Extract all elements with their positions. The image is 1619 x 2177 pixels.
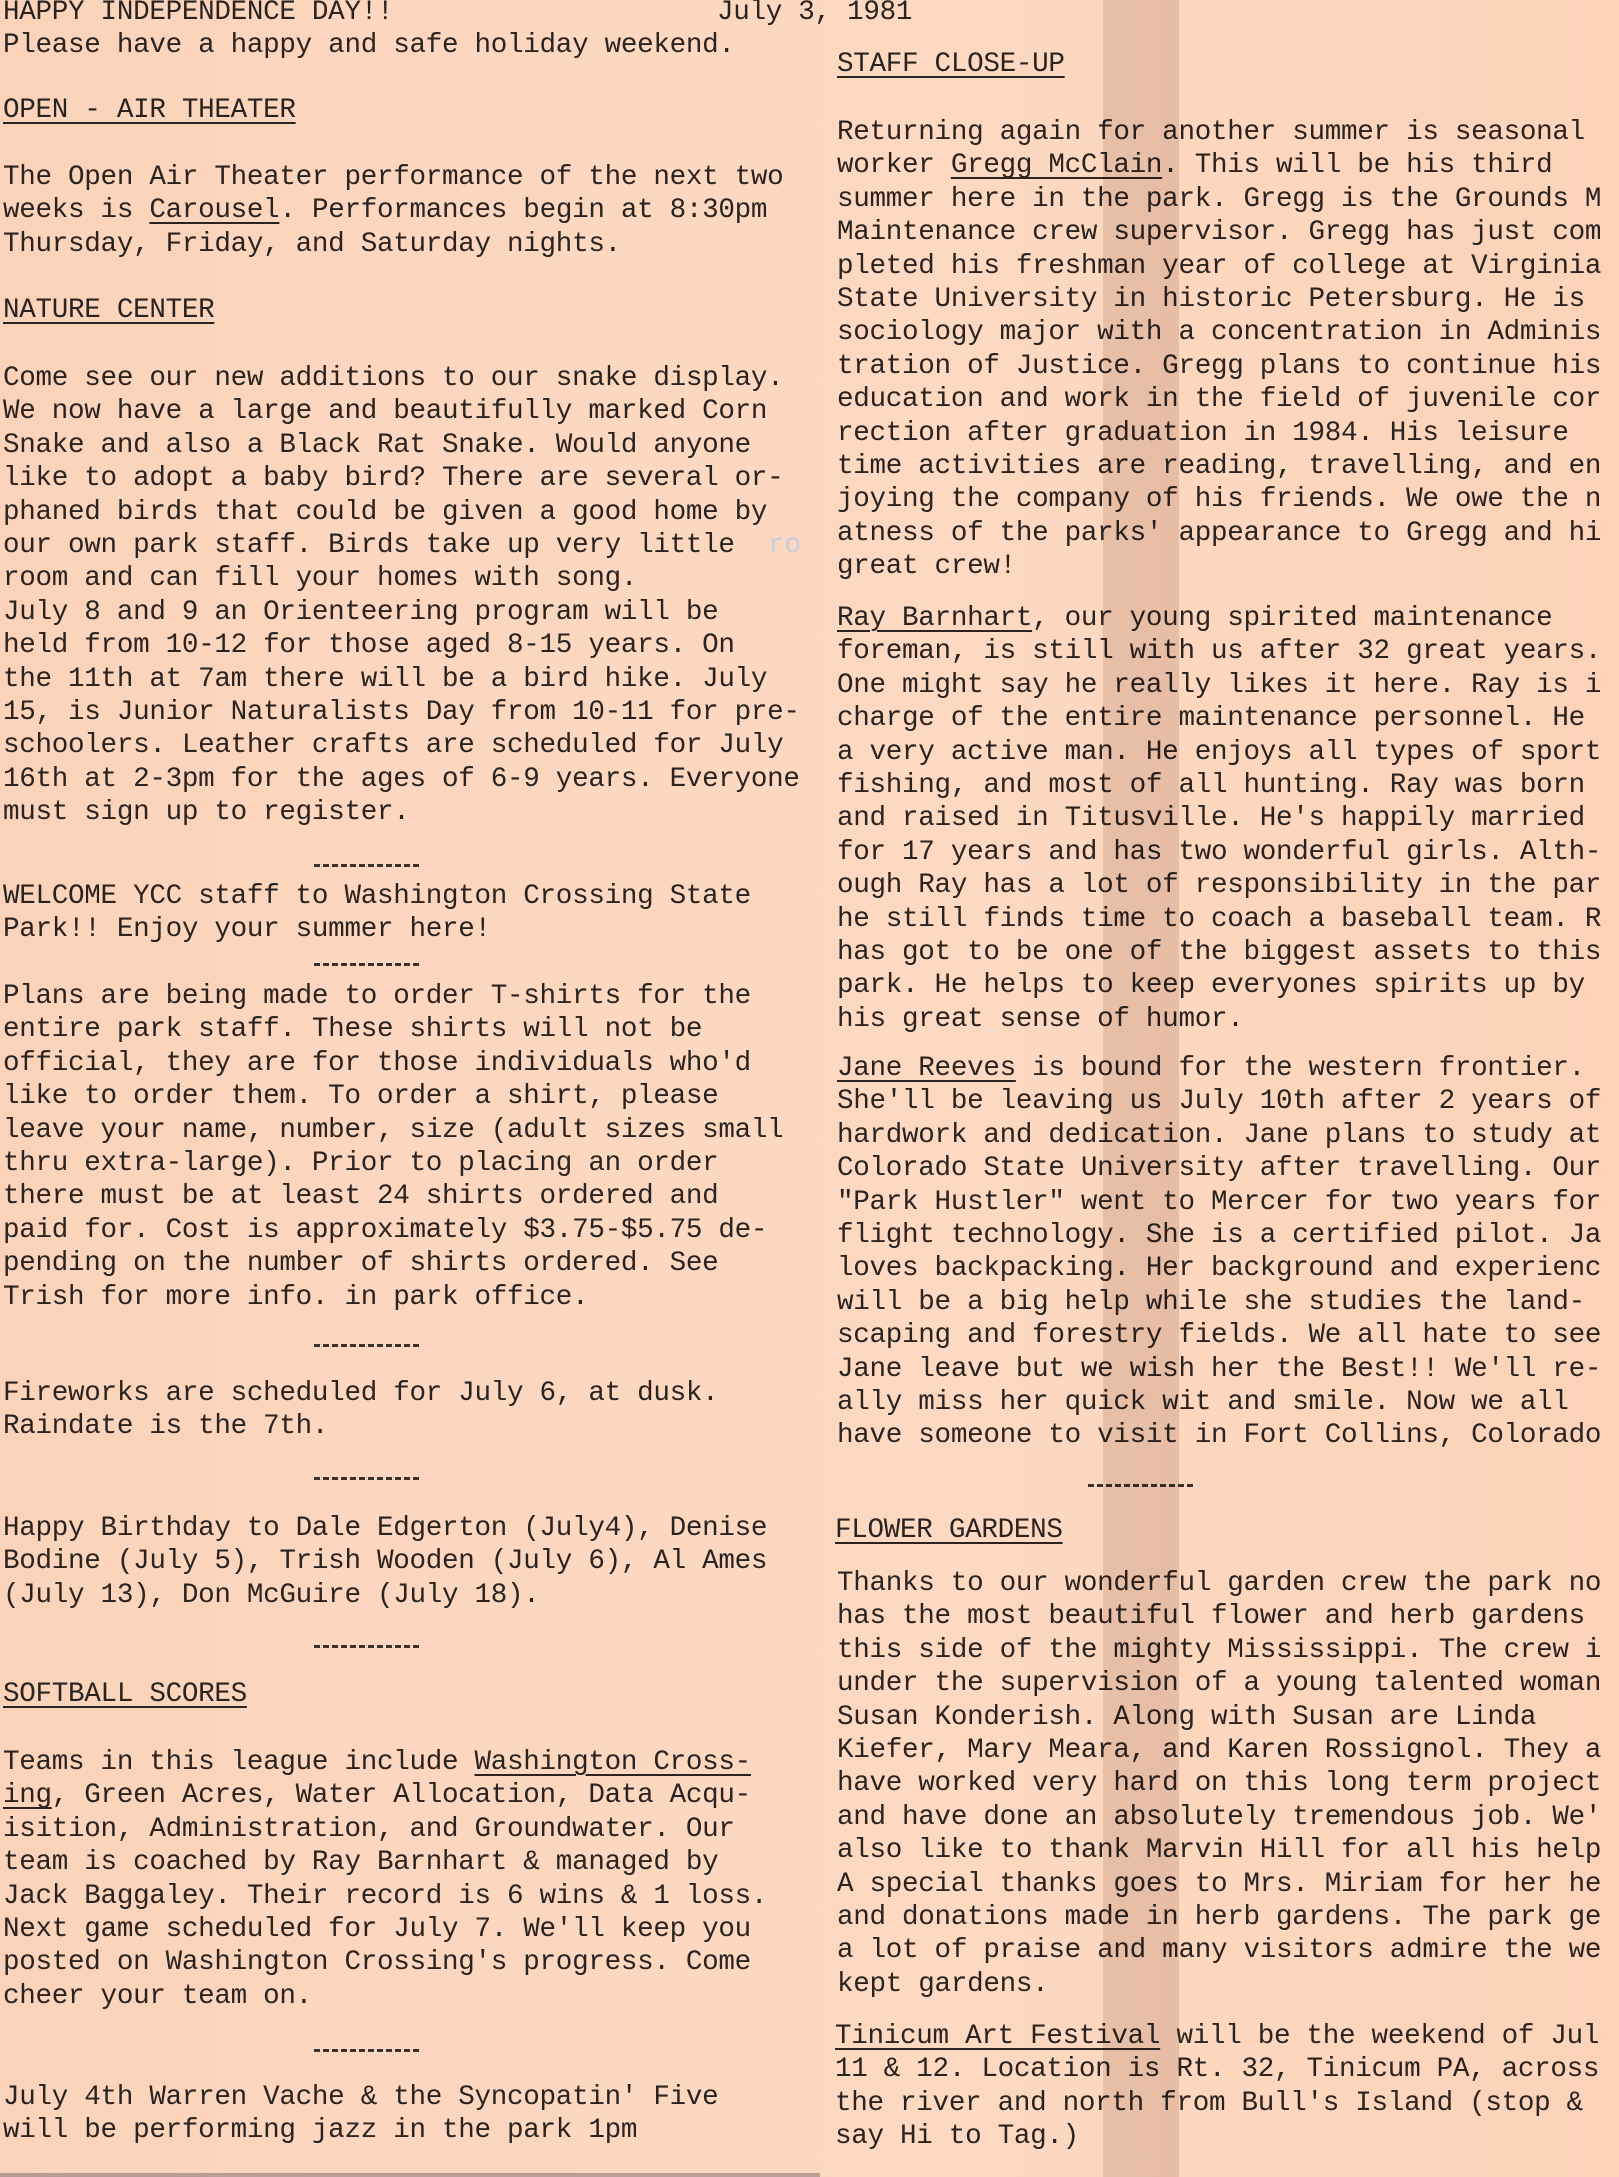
text-line: great crew!	[837, 550, 1601, 583]
text-line: will be performing jazz in the park 1pm	[3, 2114, 718, 2147]
staff-gregg-body: Returning again for another summer is se…	[837, 116, 1601, 583]
text-line: scaping and forestry fields. We all hate…	[837, 1319, 1601, 1352]
text-line: rection after graduation in 1984. His le…	[837, 417, 1601, 450]
section-divider	[314, 963, 419, 966]
text-line: A special thanks goes to Mrs. Miriam for…	[837, 1868, 1601, 1901]
text-line: pending on the number of shirts ordered.…	[3, 1247, 783, 1280]
text-line: official, they are for those individuals…	[3, 1047, 783, 1080]
text-line: there must be at least 24 shirts ordered…	[3, 1180, 783, 1213]
text-line: joying the company of his friends. We ow…	[837, 483, 1601, 516]
text-line: pleted his freshman year of college at V…	[837, 250, 1601, 283]
text-line: the river and north from Bull's Island (…	[835, 2087, 1599, 2120]
text-line: hardwork and dedication. Jane plans to s…	[837, 1119, 1601, 1152]
text-line: The Open Air Theater performance of the …	[3, 161, 783, 194]
section-divider	[314, 864, 419, 867]
text-line: (July 13), Don McGuire (July 18).	[3, 1579, 767, 1612]
text-line: have someone to visit in Fort Collins, C…	[837, 1419, 1601, 1452]
text-line: July 4th Warren Vache & the Syncopatin' …	[3, 2081, 718, 2114]
text-line: Tinicum Art Festival will be the weekend…	[835, 2020, 1599, 2053]
flower-gardens-body: Thanks to our wonderful garden crew the …	[837, 1567, 1601, 2001]
text-line: entire park staff. These shirts will not…	[3, 1013, 783, 1046]
text-line: charge of the entire maintenance personn…	[837, 702, 1601, 735]
newsletter-subtitle: Please have a happy and safe holiday wee…	[3, 29, 735, 62]
section-divider	[314, 1477, 419, 1480]
text-line: Susan Konderish. Along with Susan are Li…	[837, 1701, 1601, 1734]
text-line: Trish for more info. in park office.	[3, 1281, 783, 1314]
section-heading-softball: SOFTBALL SCORES	[3, 1678, 247, 1711]
underlined-term: Washington Cross-	[475, 1747, 751, 1778]
text-line: and raised in Titusville. He's happily m…	[837, 802, 1601, 835]
text-line: thru extra-large). Prior to placing an o…	[3, 1147, 783, 1180]
text-line: the 11th at 7am there will be a bird hik…	[3, 663, 800, 696]
text-line: Jane Reeves is bound for the western fro…	[837, 1052, 1601, 1085]
text-line: say Hi to Tag.)	[835, 2120, 1599, 2153]
text-line: Kiefer, Mary Meara, and Karen Rossignol.…	[837, 1734, 1601, 1767]
welcome-body: WELCOME YCC staff to Washington Crossing…	[3, 880, 751, 947]
birthdays-body: Happy Birthday to Dale Edgerton (July4),…	[3, 1512, 767, 1612]
section-heading-open-air-theater: OPEN - AIR THEATER	[3, 94, 296, 127]
text-line: Park!! Enjoy your summer here!	[3, 913, 751, 946]
staff-ray-body: Ray Barnhart, our young spirited mainten…	[837, 602, 1601, 1036]
text-line: weeks is Carousel. Performances begin at…	[3, 194, 783, 227]
text-line: room and can fill your homes with song.	[3, 562, 800, 595]
text-line: worker Gregg McClain. This will be his t…	[837, 149, 1601, 182]
text-line: ally miss her quick wit and smile. Now w…	[837, 1386, 1601, 1419]
text-line: schoolers. Leather crafts are scheduled …	[3, 729, 800, 762]
fireworks-body: Fireworks are scheduled for July 6, at d…	[3, 1377, 718, 1444]
text-line: foreman, is still with us after 32 great…	[837, 635, 1601, 668]
text-line: 16th at 2-3pm for the ages of 6-9 years.…	[3, 763, 800, 796]
text-line: Snake and also a Black Rat Snake. Would …	[3, 429, 800, 462]
newsletter-date: July 3, 1981	[717, 0, 912, 29]
text-line: Teams in this league include Washington …	[3, 1746, 767, 1779]
text-line: cheer your team on.	[3, 1980, 767, 2013]
text-line: posted on Washington Crossing's progress…	[3, 1946, 767, 1979]
text-line: tration of Justice. Gregg plans to conti…	[837, 350, 1601, 383]
text-line: ough Ray has a lot of responsibility in …	[837, 869, 1601, 902]
text-line: fishing, and most of all hunting. Ray wa…	[837, 769, 1601, 802]
text-line: like to order them. To order a shirt, pl…	[3, 1080, 783, 1113]
text-line: 15, is Junior Naturalists Day from 10-11…	[3, 696, 800, 729]
jazz-body: July 4th Warren Vache & the Syncopatin' …	[3, 2081, 718, 2148]
text-line: also like to thank Marvin Hill for all h…	[837, 1834, 1601, 1867]
text-line: have worked very hard on this long term …	[837, 1767, 1601, 1800]
text-line: park. He helps to keep everyones spirits…	[837, 969, 1601, 1002]
text-line: Ray Barnhart, our young spirited mainten…	[837, 602, 1601, 635]
text-line: Next game scheduled for July 7. We'll ke…	[3, 1913, 767, 1946]
text-line: Returning again for another summer is se…	[837, 116, 1601, 149]
text-line: "Park Hustler" went to Mercer for two ye…	[837, 1186, 1601, 1219]
text-line: this side of the mighty Mississippi. The…	[837, 1634, 1601, 1667]
text-line: Bodine (July 5), Trish Wooden (July 6), …	[3, 1545, 767, 1578]
text-line: atness of the parks' appearance to Gregg…	[837, 517, 1601, 550]
text-line: State University in historic Petersburg.…	[837, 283, 1601, 316]
text-line: a lot of praise and many visitors admire…	[837, 1934, 1601, 1967]
text-line: loves backpacking. Her background and ex…	[837, 1252, 1601, 1285]
underlined-term: Jane Reeves	[837, 1053, 1016, 1084]
newsletter-title: HAPPY INDEPENDENCE DAY!!	[3, 0, 393, 29]
text-line: and have done an absolutely tremendous j…	[837, 1801, 1601, 1834]
text-line: 11 & 12. Location is Rt. 32, Tinicum PA,…	[835, 2053, 1599, 2086]
text-line: a very active man. He enjoys all types o…	[837, 736, 1601, 769]
softball-body: Teams in this league include Washington …	[3, 1746, 767, 2013]
underlined-term: Ray Barnhart	[837, 603, 1032, 634]
text-line: his great sense of humor.	[837, 1003, 1601, 1036]
text-line: for 17 years and has two wonderful girls…	[837, 836, 1601, 869]
text-line: must sign up to register.	[3, 796, 800, 829]
tinicum-body: Tinicum Art Festival will be the weekend…	[835, 2020, 1599, 2154]
text-line: July 8 and 9 an Orienteering program wil…	[3, 596, 800, 629]
text-line: Happy Birthday to Dale Edgerton (July4),…	[3, 1512, 767, 1545]
text-line: isition, Administration, and Groundwater…	[3, 1813, 767, 1846]
section-divider	[314, 1344, 419, 1347]
text-line: We now have a large and beautifully mark…	[3, 395, 800, 428]
text-line: Jack Baggaley. Their record is 6 wins & …	[3, 1880, 767, 1913]
text-line: ing, Green Acres, Water Allocation, Data…	[3, 1779, 767, 1812]
text-line: One might say he really likes it here. R…	[837, 669, 1601, 702]
text-line: Thanks to our wonderful garden crew the …	[837, 1567, 1601, 1600]
text-line: summer here in the park. Gregg is the Gr…	[837, 183, 1601, 216]
section-heading-staff-close-up: STAFF CLOSE-UP	[837, 48, 1065, 81]
section-divider	[314, 1645, 419, 1648]
text-line: Plans are being made to order T-shirts f…	[3, 980, 783, 1013]
nature-center-body: Come see our new additions to our snake …	[3, 362, 800, 829]
text-line: kept gardens.	[837, 1968, 1601, 2001]
text-line: Fireworks are scheduled for July 6, at d…	[3, 1377, 718, 1410]
text-line: and donations made in herb gardens. The …	[837, 1901, 1601, 1934]
paper-bottom-edge	[0, 2173, 820, 2177]
text-line: Jane leave but we wish her the Best!! We…	[837, 1353, 1601, 1386]
text-line: held from 10-12 for those aged 8-15 year…	[3, 629, 800, 662]
text-line: Raindate is the 7th.	[3, 1410, 718, 1443]
section-heading-nature-center: NATURE CENTER	[3, 294, 214, 327]
text-line: She'll be leaving us July 10th after 2 y…	[837, 1085, 1601, 1118]
open-air-theater-body: The Open Air Theater performance of the …	[3, 161, 783, 261]
text-line: will be a big help while she studies the…	[837, 1286, 1601, 1319]
text-line: has the most beautiful flower and herb g…	[837, 1600, 1601, 1633]
text-line: he still finds time to coach a baseball …	[837, 903, 1601, 936]
text-line: sociology major with a concentration in …	[837, 316, 1601, 349]
text-line: Colorado State University after travelli…	[837, 1152, 1601, 1185]
text-line: phaned birds that could be given a good …	[3, 496, 800, 529]
text-line: has got to be one of the biggest assets …	[837, 936, 1601, 969]
text-line: under the supervision of a young talente…	[837, 1667, 1601, 1700]
text-line: education and work in the field of juven…	[837, 383, 1601, 416]
staff-jane-body: Jane Reeves is bound for the western fro…	[837, 1052, 1601, 1453]
text-line: leave your name, number, size (adult siz…	[3, 1114, 783, 1147]
section-divider	[314, 2049, 419, 2052]
text-line: Thursday, Friday, and Saturday nights.	[3, 228, 783, 261]
text-line: paid for. Cost is approximately $3.75-$5…	[3, 1214, 783, 1247]
text-line: flight technology. She is a certified pi…	[837, 1219, 1601, 1252]
section-heading-flower-gardens: FLOWER GARDENS	[835, 1514, 1063, 1547]
text-line: WELCOME YCC staff to Washington Crossing…	[3, 880, 751, 913]
text-line: like to adopt a baby bird? There are sev…	[3, 462, 800, 495]
underlined-term: ing	[3, 1780, 52, 1811]
tshirts-body: Plans are being made to order T-shirts f…	[3, 980, 783, 1314]
text-line: our own park staff. Birds take up very l…	[3, 529, 800, 562]
text-line: time activities are reading, travelling,…	[837, 450, 1601, 483]
text-line: team is coached by Ray Barnhart & manage…	[3, 1846, 767, 1879]
paper-fold-band	[1103, 0, 1179, 2177]
ghost-typing-mark: ro	[768, 530, 801, 561]
text-line: Maintenance crew supervisor. Gregg has j…	[837, 216, 1601, 249]
underlined-term: Carousel	[149, 195, 279, 226]
text-line: Come see our new additions to our snake …	[3, 362, 800, 395]
